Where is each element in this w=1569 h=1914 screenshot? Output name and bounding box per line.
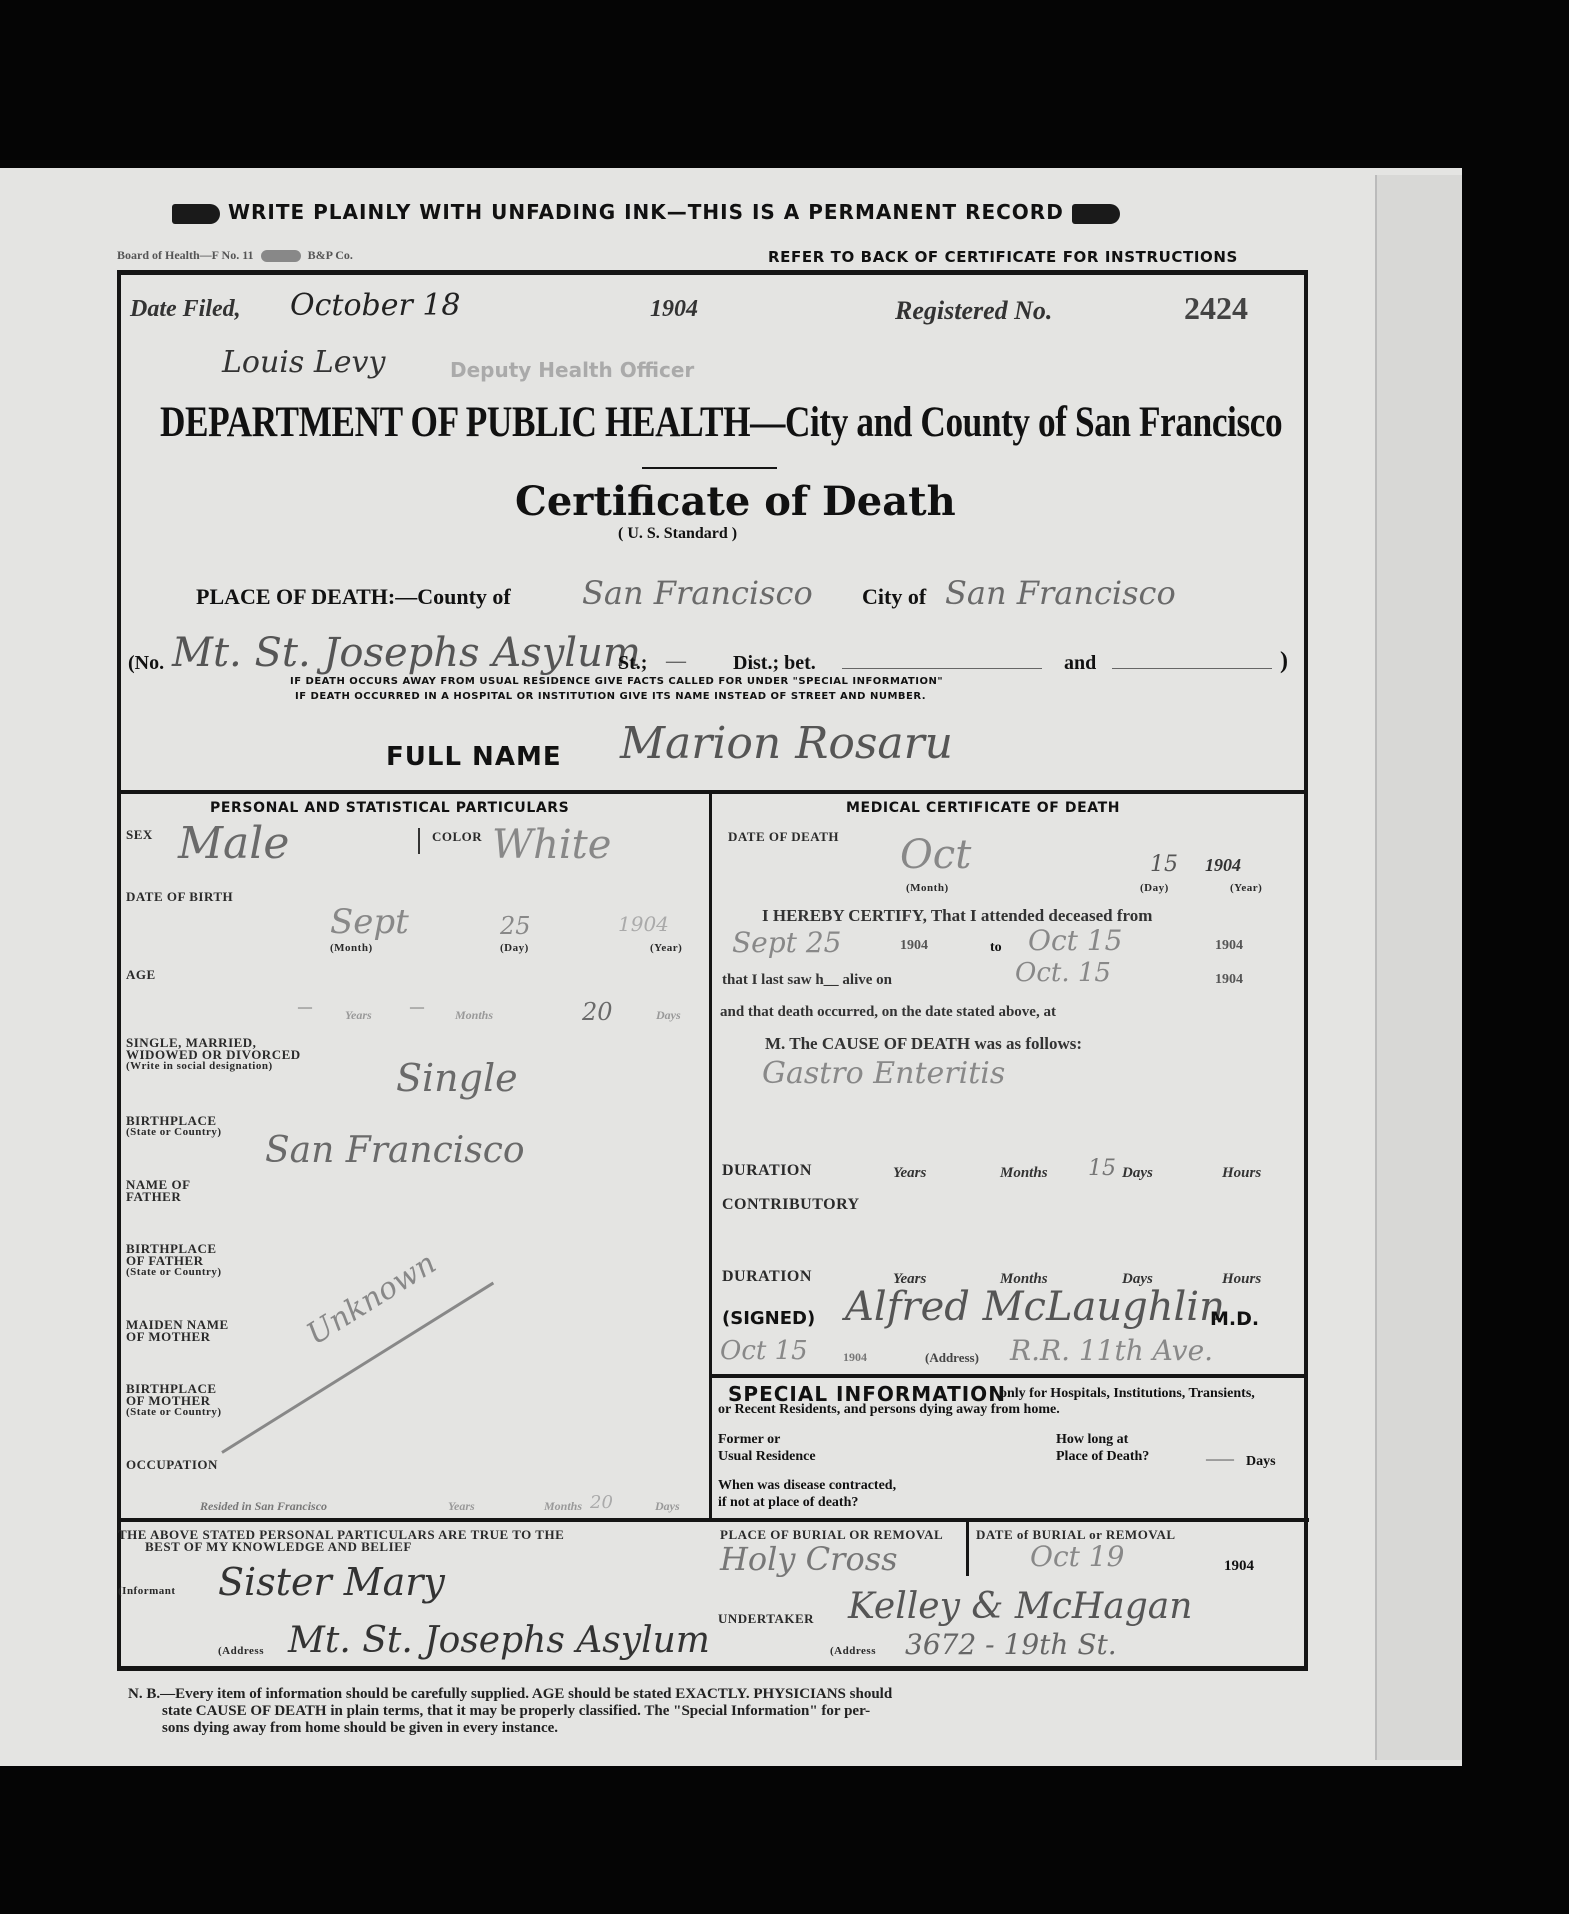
pointing-hand-icon	[1072, 204, 1120, 224]
dod-day-caption: (Day)	[1140, 882, 1169, 895]
how-long-label-2: Place of Death?	[1056, 1449, 1149, 1465]
seal-icon	[261, 250, 301, 262]
certify-text: I HEREBY CERTIFY, That I attended deceas…	[762, 906, 1152, 926]
informant-name: Sister Mary	[218, 1560, 445, 1604]
resided-days-value: 20	[590, 1492, 613, 1513]
former-label-2: Usual Residence	[718, 1449, 816, 1465]
informant-address: Mt. St. Josephs Asylum	[288, 1620, 710, 1661]
informant-divider	[117, 1518, 711, 1522]
special-subtitle-2: or Recent Residents, and persons dying a…	[718, 1402, 1060, 1418]
burial-place-value: Holy Cross	[720, 1540, 898, 1578]
signed-value: Alfred McLaughlin	[845, 1284, 1225, 1330]
informant-address-label: (Address	[218, 1645, 264, 1658]
section-divider	[117, 790, 1308, 794]
footer-note-2: state CAUSE OF DEATH in plain terms, tha…	[162, 1703, 870, 1720]
marital-label-3: (Write in social designation)	[126, 1060, 273, 1073]
mother-label-2: OF MOTHER	[126, 1330, 211, 1343]
standard-subtitle: ( U. S. Standard )	[618, 525, 737, 543]
duration-months: Months	[1000, 1165, 1048, 1182]
city-label: City of	[862, 584, 926, 610]
paper-edge	[1375, 175, 1462, 1760]
how-long-label-1: How long at	[1056, 1432, 1128, 1448]
registered-label: Registered No.	[895, 296, 1052, 326]
and-label: and	[1064, 652, 1096, 675]
duration-days: Days	[1122, 1165, 1153, 1182]
frame-bottom	[117, 1666, 1308, 1671]
informant-statement-2: BEST OF MY KNOWLEDGE AND BELIEF	[145, 1540, 412, 1553]
county-value: San Francisco	[582, 574, 813, 612]
color-label: COLOR	[432, 830, 482, 843]
occurred-text: and that death occurred, on the date sta…	[720, 1004, 1056, 1021]
sex-value: Male	[178, 818, 289, 869]
medical-heading: MEDICAL CERTIFICATE OF DEATH	[846, 800, 1120, 816]
personal-heading: PERSONAL AND STATISTICAL PARTICULARS	[210, 800, 569, 816]
color-value: White	[492, 822, 611, 868]
how-long-value: ——	[1206, 1452, 1234, 1468]
medical-address-label: (Address)	[925, 1350, 979, 1366]
age-years-value: —	[298, 1000, 312, 1016]
contracted-label-1: When was disease contracted,	[718, 1478, 896, 1494]
department-title: DEPARTMENT OF PUBLIC HEALTH—City and Cou…	[160, 398, 1282, 447]
form-id: Board of Health—F No. 11 B&P Co.	[117, 248, 353, 263]
age-days-caption: Days	[656, 1008, 681, 1023]
frame-left	[117, 270, 121, 1670]
days-label: Days	[1246, 1454, 1276, 1470]
age-years-caption: Years	[345, 1008, 372, 1023]
city-value: San Francisco	[945, 574, 1176, 612]
special-subtitle-1: only for Hospitals, Institutions, Transi…	[1000, 1386, 1255, 1402]
dob-month: Sept	[330, 902, 409, 942]
place-note-1: IF DEATH OCCURS AWAY FROM USUAL RESIDENC…	[290, 676, 943, 687]
birthplace-label-2: (State or Country)	[126, 1126, 222, 1139]
birthplace-value: San Francisco	[265, 1130, 525, 1171]
undertaker-address-value: 3672 - 19th St.	[905, 1628, 1117, 1661]
street-label: St.;	[618, 652, 647, 675]
header-notice: WRITE PLAINLY WITH UNFADING INK—THIS IS …	[172, 200, 1120, 224]
frame-right	[1304, 270, 1308, 1670]
dob-day-caption: (Day)	[500, 942, 529, 955]
age-months-value: —	[410, 1000, 424, 1016]
and-line	[1112, 668, 1272, 669]
dob-year: 1904	[618, 912, 669, 936]
resided-label: Resided in San Francisco	[200, 1499, 327, 1514]
last-saw-year: 1904	[1215, 972, 1243, 988]
date-filed-value: October 18	[290, 288, 461, 323]
officer-signature: Louis Levy	[222, 345, 385, 380]
medical-address-value: R.R. 11th Ave.	[1010, 1334, 1213, 1367]
duration-label: DURATION	[722, 1164, 812, 1177]
signed-year: 1904	[843, 1350, 867, 1365]
duration-years: Years	[893, 1165, 926, 1182]
place-of-death-label: PLACE OF DEATH:—County of	[196, 584, 511, 610]
father-bp-label-3: (State or Country)	[126, 1266, 222, 1279]
former-label-1: Former or	[718, 1432, 780, 1448]
md-label: M.D.	[1210, 1308, 1259, 1330]
district-label: Dist.; bet.	[733, 652, 816, 675]
signed-date: Oct 15	[720, 1336, 808, 1366]
duration-days-value: 15	[1088, 1156, 1116, 1181]
contracted-label-2: if not at place of death?	[718, 1495, 858, 1511]
dod-day: 15	[1150, 852, 1178, 877]
footer-note-1: N. B.—Every item of information should b…	[128, 1686, 892, 1703]
instructions-note: REFER TO BACK OF CERTIFICATE FOR INSTRUC…	[768, 248, 1238, 266]
contributory-label: CONTRIBUTORY	[722, 1198, 860, 1211]
resided-days-caption: Days	[655, 1499, 680, 1514]
age-label: AGE	[126, 968, 156, 981]
special-divider	[709, 1374, 1307, 1378]
duration2-label: DURATION	[722, 1270, 812, 1283]
frame-top	[117, 270, 1308, 275]
resided-months-caption: Months	[544, 1499, 582, 1514]
printer-text: B&P Co.	[308, 248, 353, 262]
cause-value: Gastro Enteritis	[762, 1056, 1005, 1091]
burial-column-divider	[966, 1520, 969, 1576]
attended-to: Oct 15	[1028, 924, 1122, 957]
duration-hours: Hours	[1222, 1165, 1261, 1182]
footer-note-3: sons dying away from home should be give…	[162, 1720, 558, 1737]
officer-title: Deputy Health Officer	[450, 358, 694, 382]
sex-label: SEX	[126, 828, 153, 841]
father-label-2: FATHER	[126, 1190, 181, 1203]
undertaker-value: Kelley & McHagan	[848, 1586, 1192, 1627]
informant-label: (Informant	[118, 1585, 176, 1598]
place-note-2: IF DEATH OCCURRED IN A HOSPITAL OR INSTI…	[295, 691, 926, 702]
attended-from: Sept 25	[732, 926, 841, 959]
street-value: —	[666, 650, 686, 673]
date-filed-label: Date Filed,	[130, 296, 241, 323]
certificate-title: Certificate of Death	[515, 478, 956, 525]
pointing-hand-icon	[172, 204, 220, 224]
dod-year-caption: (Year)	[1230, 882, 1262, 895]
dod-month: Oct	[900, 832, 971, 878]
no-label: (No.	[128, 652, 164, 675]
undertaker-label: UNDERTAKER	[718, 1612, 814, 1625]
occupation-label: OCCUPATION	[126, 1458, 218, 1471]
close-paren: )	[1280, 648, 1288, 675]
age-days-value: 20	[582, 998, 613, 1026]
address-value: Mt. St. Josephs Asylum	[172, 630, 641, 676]
dob-label: DATE OF BIRTH	[126, 890, 233, 903]
attended-to-year: 1904	[1215, 938, 1243, 954]
column-divider	[709, 792, 712, 1522]
duration2-hours: Hours	[1222, 1271, 1261, 1288]
age-months-caption: Months	[455, 1008, 493, 1023]
notice-text: WRITE PLAINLY WITH UNFADING INK—THIS IS …	[228, 200, 1064, 224]
dob-year-caption: (Year)	[650, 942, 682, 955]
undertaker-address-label: (Address	[830, 1645, 876, 1658]
date-filed-year: 1904	[650, 296, 698, 323]
mother-bp-label-3: (State or Country)	[126, 1406, 222, 1419]
dod-label: DATE OF DEATH	[728, 830, 839, 843]
signed-label: (SIGNED)	[722, 1308, 815, 1329]
last-saw-value: Oct. 15	[1015, 958, 1111, 988]
dod-year: 1904	[1205, 855, 1241, 876]
marital-value: Single	[396, 1056, 518, 1100]
dod-month-caption: (Month)	[906, 882, 949, 895]
form-id-text: Board of Health—F No. 11	[117, 248, 254, 262]
registered-number: 2424	[1184, 290, 1248, 327]
burial-divider	[709, 1518, 1309, 1522]
dob-month-caption: (Month)	[330, 942, 373, 955]
title-divider	[642, 467, 777, 469]
full-name-label: FULL NAME	[386, 742, 562, 772]
attended-from-year: 1904	[900, 938, 928, 954]
full-name-value: Marion Rosaru	[620, 718, 953, 769]
cause-text: M. The CAUSE OF DEATH was as follows:	[765, 1034, 1082, 1054]
district-line	[842, 668, 1042, 669]
resided-years-caption: Years	[448, 1499, 475, 1514]
burial-date-year: 1904	[1224, 1558, 1254, 1575]
to-label: to	[990, 940, 1002, 956]
sex-color-divider	[418, 828, 420, 854]
burial-date-value: Oct 19	[1030, 1540, 1124, 1573]
dob-day: 25	[500, 912, 531, 940]
last-saw-label: that I last saw h__ alive on	[722, 972, 892, 989]
